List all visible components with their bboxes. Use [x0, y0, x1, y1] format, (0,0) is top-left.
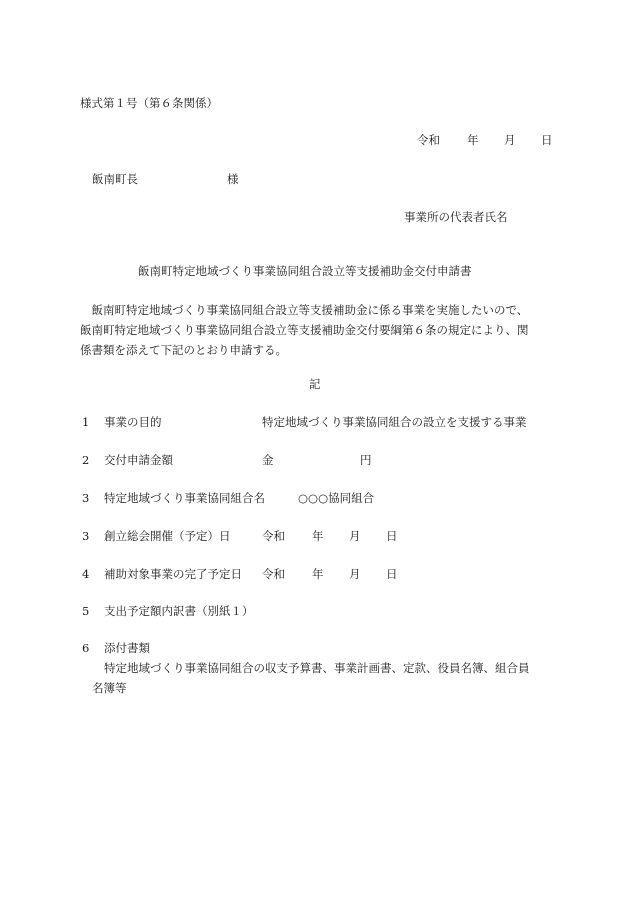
- item-number: 1: [82, 417, 89, 429]
- item-label: 添付書類: [104, 643, 150, 655]
- date-day: 日: [386, 531, 398, 543]
- date-day: 日: [386, 569, 398, 581]
- amount-prefix: 金: [262, 455, 274, 467]
- document-title: 飯南町特定地域づくり事業協同組合設立等支援補助金交付申請書: [138, 266, 472, 278]
- item-number: 6: [82, 643, 89, 655]
- item-number: 3: [82, 531, 89, 543]
- item-cooperative-name: 3 特定地域づくり事業協同組合名 ○○○協同組合: [0, 493, 630, 507]
- addressee-honorific: 様: [227, 174, 239, 186]
- date-year: 年: [312, 569, 324, 581]
- date-era: 令和: [262, 531, 285, 543]
- item-value: ○○○協同組合: [298, 493, 374, 505]
- form-number: 様式第１号（第６条関係）: [80, 98, 218, 110]
- item-completion-date: 4 補助対象事業の完了予定日 令和 年 月 日: [0, 569, 630, 583]
- date-month: 月: [349, 531, 361, 543]
- item-number: 3: [82, 493, 89, 505]
- date-year: 年: [312, 531, 324, 543]
- date-year: 年: [467, 135, 479, 147]
- body-line: 飯南町特定地域づくり事業協同組合設立等支援補助金交付要綱第６条の規定により、関: [80, 320, 550, 340]
- date-era: 令和: [417, 135, 440, 147]
- item-label: 補助対象事業の完了予定日: [104, 569, 242, 581]
- date-day: 日: [541, 135, 553, 147]
- item-amount: 2 交付申請金額 金 円: [0, 455, 630, 469]
- attachment-detail-line: 特定地域づくり事業協同組合の収支予算書、事業計画書、定款、役員名簿、組合員: [104, 663, 530, 675]
- ki-heading: 記: [309, 379, 321, 391]
- date-era: 令和: [262, 569, 285, 581]
- addressee-name: 飯南町長: [92, 174, 138, 186]
- date-month: 月: [349, 569, 361, 581]
- item-label: 交付申請金額: [104, 455, 173, 467]
- item-label: 特定地域づくり事業協同組合名: [104, 493, 265, 505]
- item-purpose: 1 事業の目的 特定地域づくり事業協同組合の設立を支援する事業: [0, 417, 630, 431]
- item-number: 2: [82, 455, 89, 467]
- application-date: 令和 年 月 日: [0, 135, 630, 149]
- item-label: 事業の目的: [104, 417, 162, 429]
- amount-suffix: 円: [360, 455, 372, 467]
- item-attachments: 6 添付書類: [0, 643, 630, 657]
- item-founding-date: 3 創立総会開催（予定）日 令和 年 月 日: [0, 531, 630, 545]
- body-line: 飯南町特定地域づくり事業協同組合設立等支援補助金に係る事業を実施したいので、: [80, 300, 550, 320]
- item-number: 4: [82, 569, 89, 581]
- item-value: 特定地域づくり事業協同組合の設立を支援する事業: [262, 417, 527, 429]
- item-label: 創立総会開催（予定）日: [104, 531, 231, 543]
- applicant-label: 事業所の代表者氏名: [404, 212, 508, 224]
- item-label: 支出予定額内訳書（別紙１）: [104, 606, 254, 618]
- body-paragraph: 飯南町特定地域づくり事業協同組合設立等支援補助金に係る事業を実施したいので、 飯…: [80, 300, 550, 360]
- date-month: 月: [504, 135, 516, 147]
- body-line: 係書類を添えて下記のとおり申請する。: [80, 340, 550, 360]
- attachment-detail-line: 名簿等: [92, 683, 127, 695]
- item-expense-breakdown: 5 支出予定額内訳書（別紙１）: [0, 606, 630, 620]
- item-number: 5: [82, 606, 89, 618]
